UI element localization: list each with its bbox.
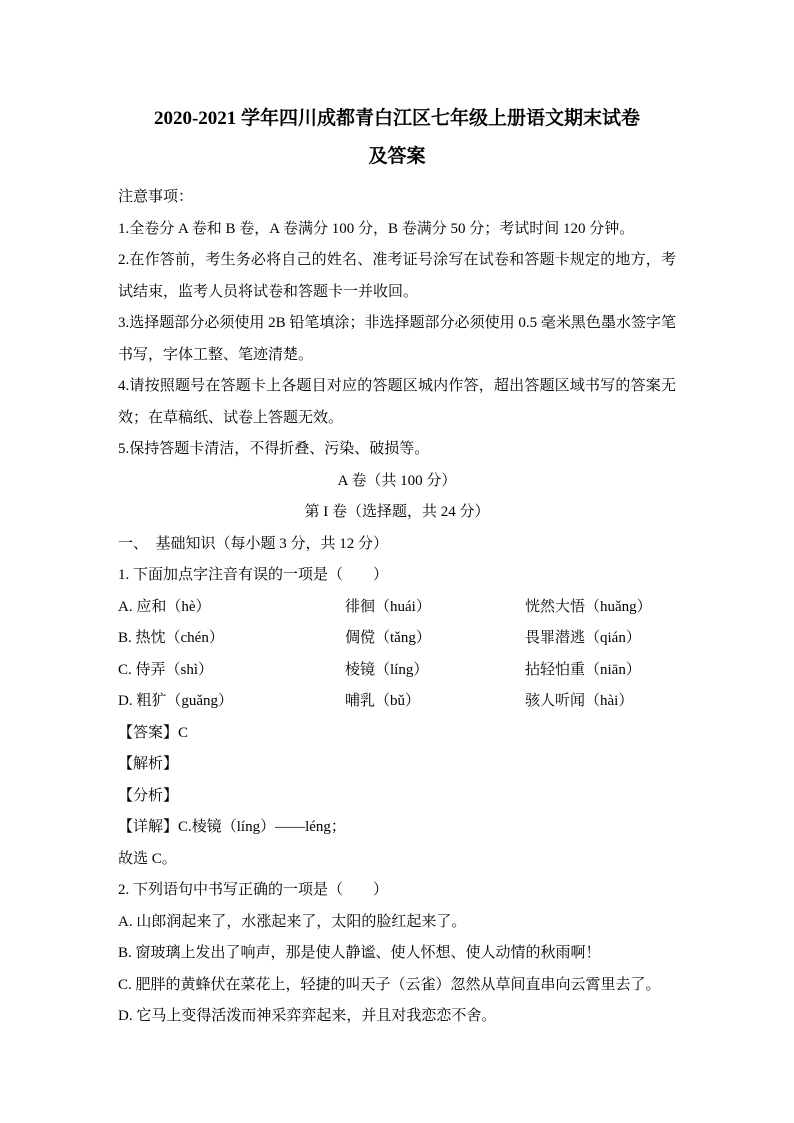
q1-option-d-word-2: 哺乳（bǔ） (345, 686, 525, 718)
q2-option-a: A. 山郎润起来了，水涨起来了，太阳的脸红起来了。 (118, 907, 676, 939)
document-title: 2020-2021 学年四川成都青白江区七年级上册语文期末试卷 及答案 (118, 100, 676, 176)
q1-option-b-word-2: 倜傥（tǎng） (345, 623, 525, 655)
q1-option-a-word-2: 徘徊（huái） (345, 592, 525, 624)
question-2-stem: 2. 下列语句中书写正确的一项是（ ） (118, 875, 676, 907)
q1-answer-line: 【答案】C (118, 718, 676, 750)
q1-detail-line: 【详解】C.棱镜（líng）——léng； (118, 812, 676, 844)
q1-option-a-word-1: A. 应和（hè） (118, 592, 345, 624)
exam-document-page: 2020-2021 学年四川成都青白江区七年级上册语文期末试卷 及答案 注意事项… (0, 0, 794, 1123)
part1-header: 第 I 卷（选择题，共 24 分） (118, 497, 676, 529)
question-1-options: A. 应和（hè） 徘徊（huái） 恍然大悟（huǎng） B. 热忱（ché… (118, 592, 676, 718)
paper-a-header: A 卷（共 100 分） (118, 466, 676, 498)
q1-option-d-word-3: 骇人听闻（hài） (525, 686, 676, 718)
q1-option-c-word-1: C. 侍弄（shì） (118, 655, 345, 687)
question-1-option-row-c: C. 侍弄（shì） 棱镜（líng） 拈轻怕重（niān） (118, 655, 676, 687)
q1-option-c-word-2: 棱镜（líng） (345, 655, 525, 687)
notice-item-2: 2.在作答前，考生务必将自己的姓名、准考证号涂写在试卷和答题卡规定的地方，考试结… (118, 245, 676, 308)
notice-item-3: 3.选择题部分必须使用 2B 铅笔填涂；非选择题部分必须使用 0.5 毫米黑色墨… (118, 308, 676, 371)
question-1-option-row-b: B. 热忱（chén） 倜傥（tǎng） 畏罪潜逃（qián） (118, 623, 676, 655)
q2-option-c: C. 肥胖的黄蜂伏在菜花上，轻捷的叫天子（云雀）忽然从草间直串向云霄里去了。 (118, 970, 676, 1002)
q1-fenxi-label: 【分析】 (118, 781, 676, 813)
q1-option-b-word-1: B. 热忱（chén） (118, 623, 345, 655)
q1-option-b-word-3: 畏罪潜逃（qián） (525, 623, 676, 655)
question-1-option-row-a: A. 应和（hè） 徘徊（huái） 恍然大悟（huǎng） (118, 592, 676, 624)
notice-item-1: 1.全卷分 A 卷和 B 卷，A 卷满分 100 分，B 卷满分 50 分；考试… (118, 214, 676, 246)
q1-option-c-word-3: 拈轻怕重（niān） (525, 655, 676, 687)
question-1-option-row-d: D. 粗犷（guǎng） 哺乳（bǔ） 骇人听闻（hài） (118, 686, 676, 718)
section1-heading: 一、 基础知识（每小题 3 分，共 12 分） (118, 529, 676, 561)
q1-jiexi-label: 【解析】 (118, 749, 676, 781)
notice-heading: 注意事项： (118, 182, 676, 214)
q1-option-d-word-1: D. 粗犷（guǎng） (118, 686, 345, 718)
q2-option-b: B. 窗玻璃上发出了响声，那是使人静谧、使人怀想、使人动情的秋雨啊！ (118, 938, 676, 970)
notice-item-4: 4.请按照题号在答题卡上各题目对应的答题区城内作答，超出答题区域书写的答案无效；… (118, 371, 676, 434)
notice-item-5: 5.保持答题卡清洁，不得折叠、污染、破损等。 (118, 434, 676, 466)
title-line-2: 及答案 (118, 138, 676, 176)
title-line-1: 2020-2021 学年四川成都青白江区七年级上册语文期末试卷 (118, 100, 676, 138)
q1-conclusion-line: 故选 C。 (118, 844, 676, 876)
question-1-stem: 1. 下面加点字注音有误的一项是（ ） (118, 560, 676, 592)
q1-option-a-word-3: 恍然大悟（huǎng） (525, 592, 676, 624)
q2-option-d: D. 它马上变得活泼而神采弈弈起来，并且对我恋恋不舍。 (118, 1001, 676, 1033)
